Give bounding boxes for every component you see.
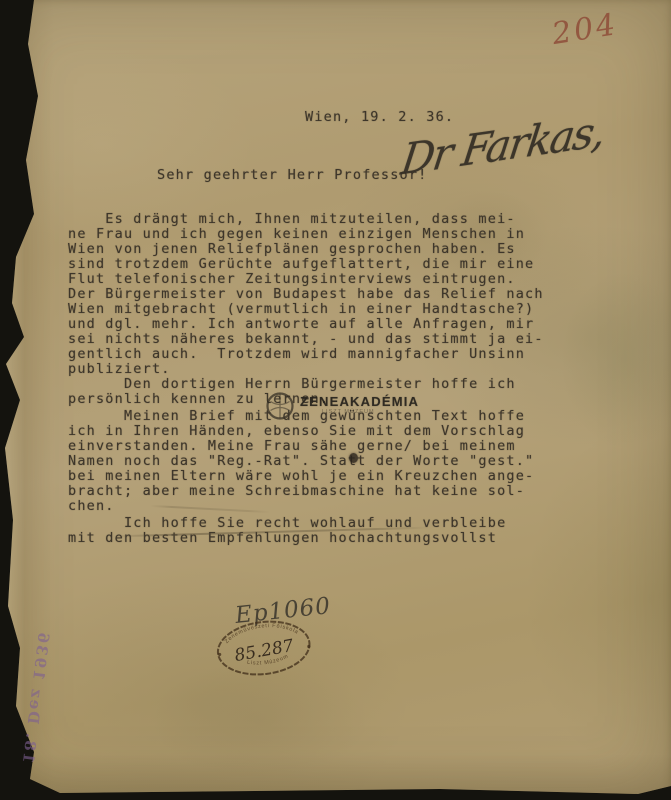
oval-museum-stamp: Zeneművészeti Főiskola Liszt Múzeum 85.2… — [210, 612, 317, 689]
zeneakademia-stamp: ZENEAKADÉMIA — [300, 394, 419, 409]
paragraph-3: Meinen Brief mit dem gewünschten Text ho… — [68, 409, 534, 514]
scanned-letter: 204 Wien, 19. 2. 36. Sehr geehrter Herr … — [0, 0, 671, 800]
salutation: Sehr geehrter Herr Professor! — [157, 168, 428, 183]
paragraph-1: Es drängt mich, Ihnen mitzuteilen, dass … — [68, 212, 544, 377]
dateline: Wien, 19. 2. 36. — [305, 110, 454, 125]
ink-blot — [349, 453, 358, 463]
paper-stain — [560, 270, 671, 450]
